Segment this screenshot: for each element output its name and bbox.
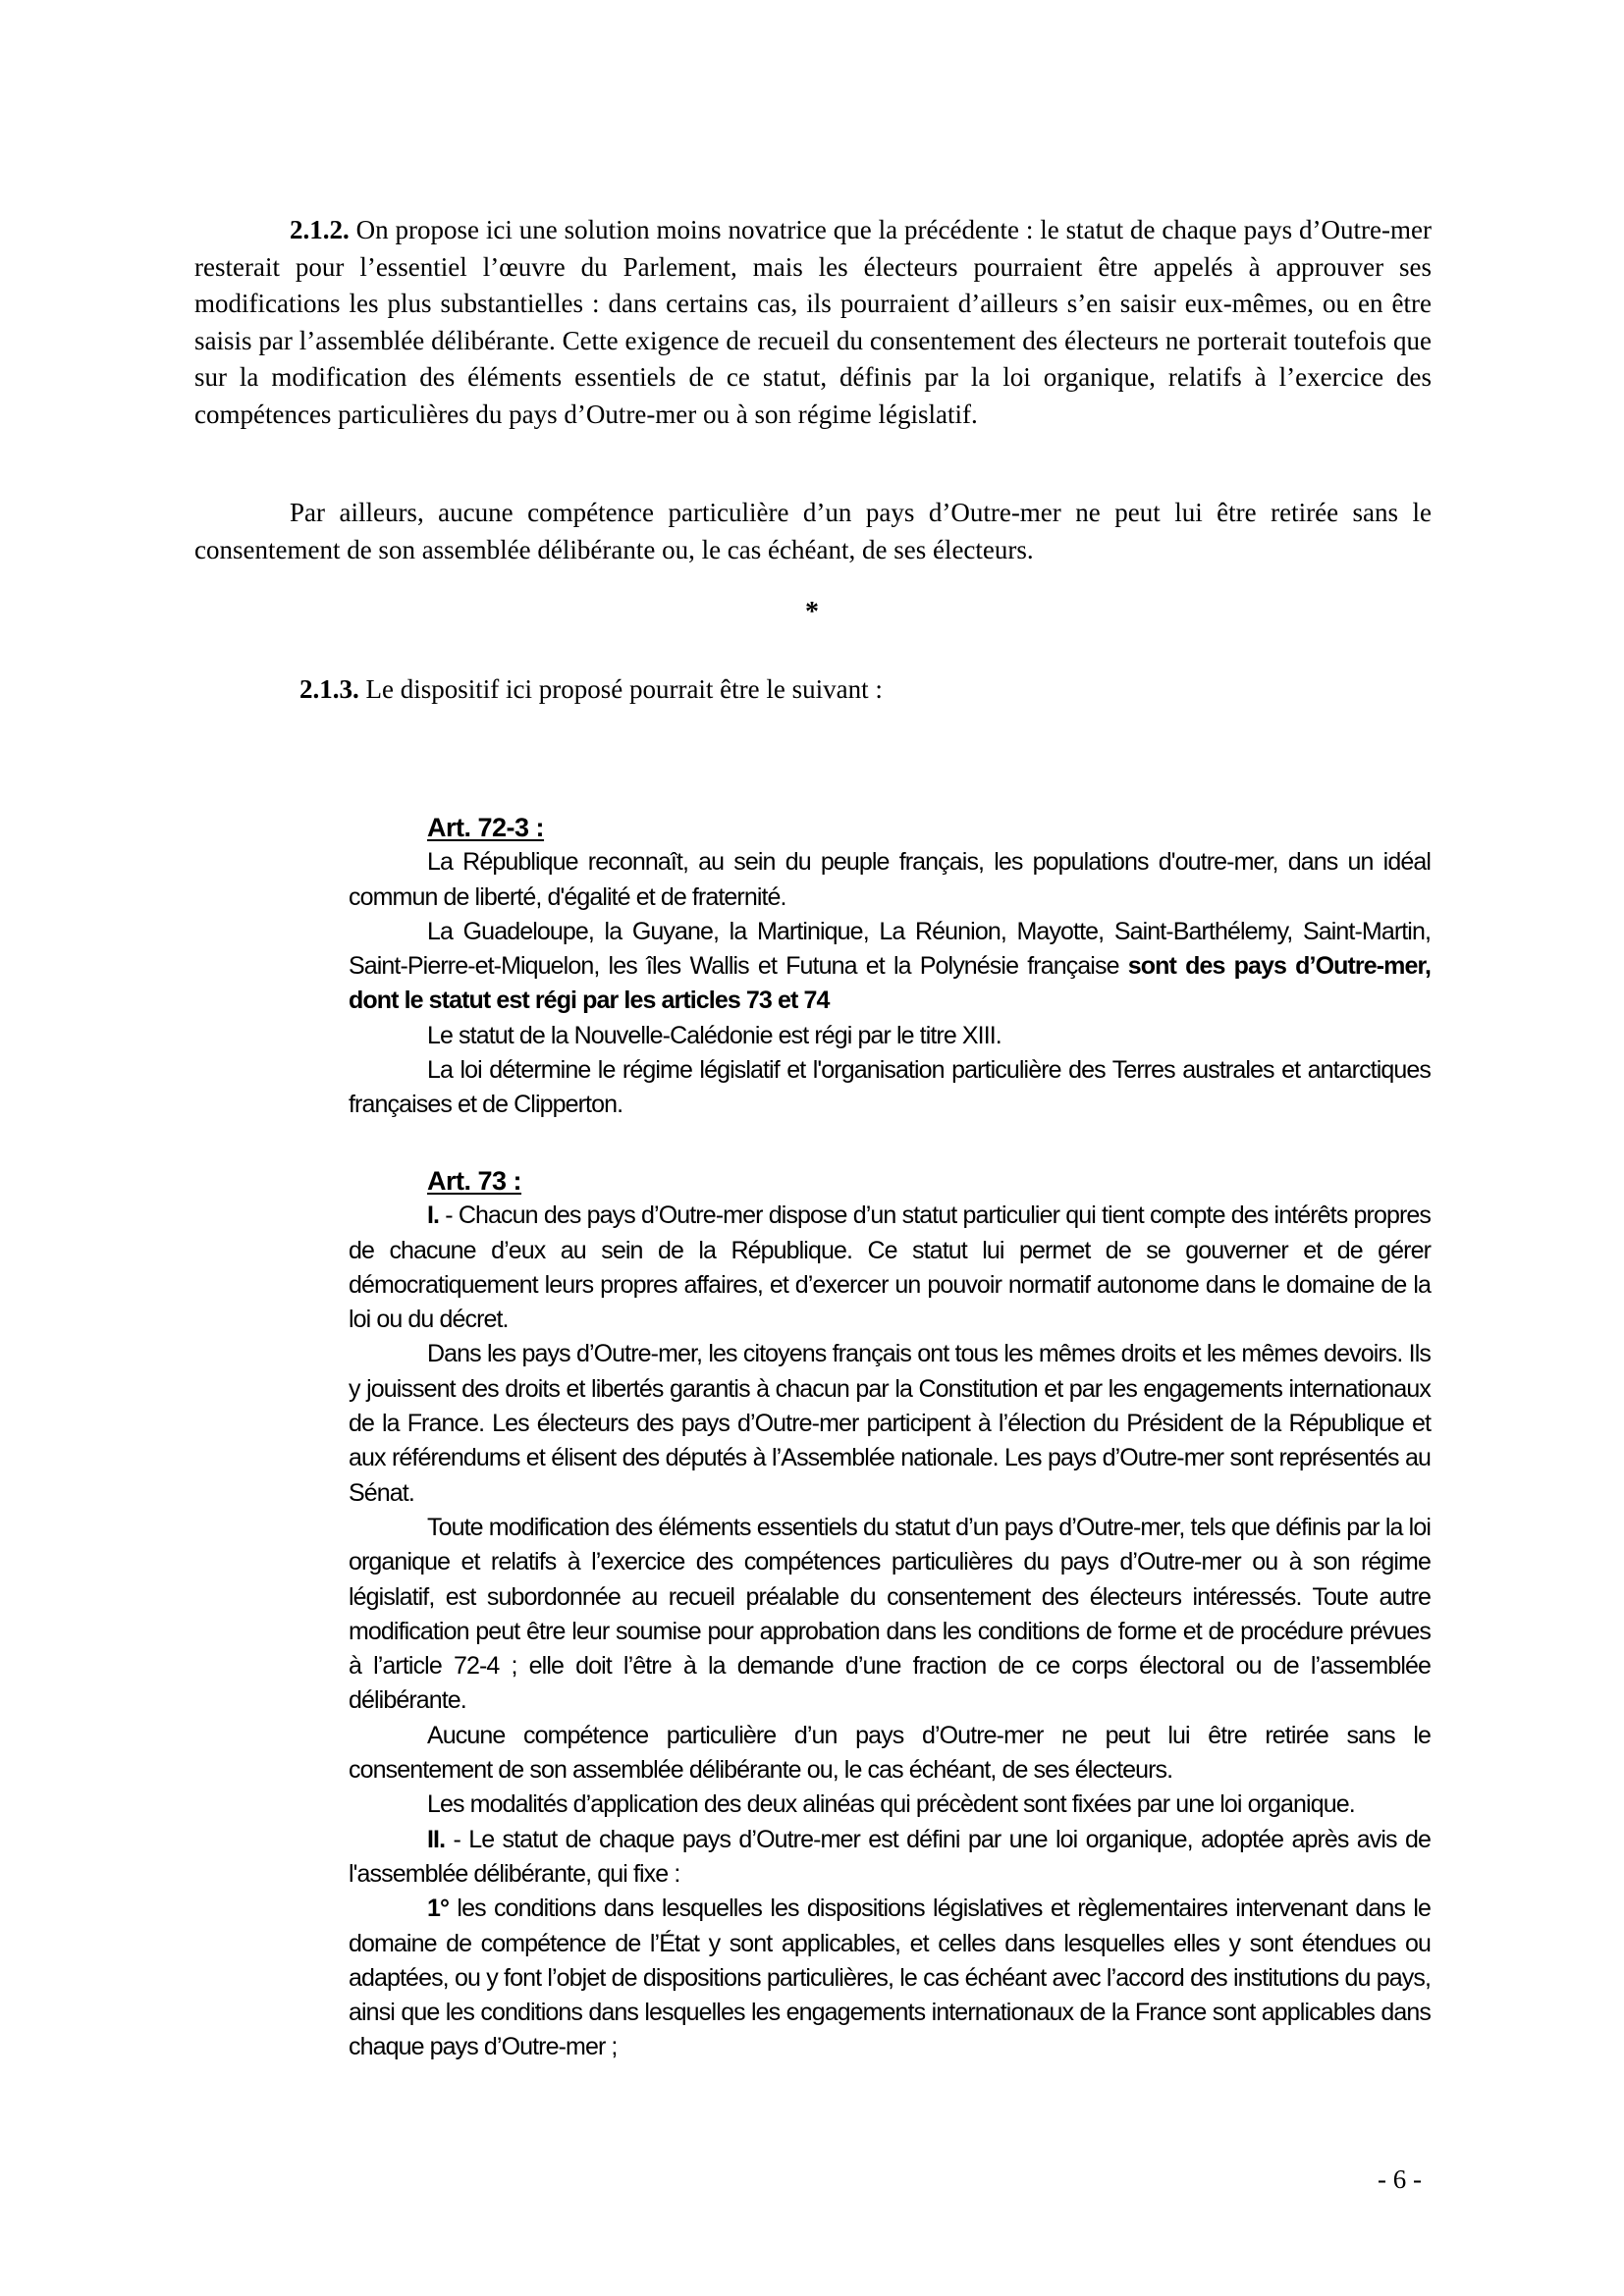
paragraph-text: Le dispositif ici proposé pourrait être …	[359, 674, 883, 704]
article-paragraph: Aucune compétence particulière d’un pays…	[349, 1719, 1431, 1789]
paragraph-text: On propose ici une solution moins novatr…	[194, 215, 1432, 429]
par-ailleurs-paragraph: Par ailleurs, aucune compétence particul…	[194, 495, 1432, 568]
section-number: 2.1.2.	[290, 215, 350, 244]
article-paragraph: 1° les conditions dans lesquelles les di…	[349, 1892, 1431, 2064]
item-marker: 1°	[427, 1895, 449, 1922]
article-title: Art. 73 :	[427, 1164, 1431, 1199]
article-paragraph: Les modalités d’application des deux ali…	[349, 1788, 1431, 1822]
document-page: 2.1.2. On propose ici une solution moins…	[0, 0, 1624, 2296]
page-number: - 6 -	[1378, 2164, 1422, 2195]
article-paragraph: La loi détermine le régime législatif et…	[349, 1053, 1431, 1123]
article-paragraph: II. - Le statut de chaque pays d’Outre-m…	[349, 1823, 1431, 1893]
section-number: 2.1.3.	[299, 674, 359, 704]
article-paragraph: La République reconnaît, au sein du peup…	[349, 845, 1431, 915]
paragraph-text: les conditions dans lesquelles les dispo…	[349, 1895, 1431, 2060]
article-73: Art. 73 : I. - Chacun des pays d’Outre-m…	[349, 1164, 1431, 2065]
article-paragraph: Le statut de la Nouvelle-Calédonie est r…	[349, 1019, 1431, 1053]
section-2-1-2: 2.1.2. On propose ici une solution moins…	[194, 212, 1432, 433]
article-title: Art. 72-3 :	[427, 811, 1431, 845]
section-marker: II.	[427, 1826, 445, 1853]
paragraph-text: Par ailleurs, aucune compétence particul…	[194, 495, 1432, 568]
article-paragraph: La Guadeloupe, la Guyane, la Martinique,…	[349, 915, 1431, 1019]
article-paragraph: Dans les pays d’Outre-mer, les citoyens …	[349, 1337, 1431, 1510]
paragraph-text: - Chacun des pays d’Outre-mer dispose d’…	[349, 1201, 1431, 1333]
article-72-3: Art. 72-3 : La République reconnaît, au …	[349, 811, 1431, 1123]
article-paragraph: Toute modification des éléments essentie…	[349, 1511, 1431, 1719]
paragraph-text: - Le statut de chaque pays d’Outre-mer e…	[349, 1826, 1431, 1888]
section-separator: *	[805, 597, 819, 628]
section-marker: I.	[427, 1201, 439, 1229]
article-paragraph: I. - Chacun des pays d’Outre-mer dispose…	[349, 1199, 1431, 1337]
section-2-1-3: 2.1.3. Le dispositif ici proposé pourrai…	[299, 671, 883, 708]
section-2-1-2-paragraph: 2.1.2. On propose ici une solution moins…	[194, 212, 1432, 433]
